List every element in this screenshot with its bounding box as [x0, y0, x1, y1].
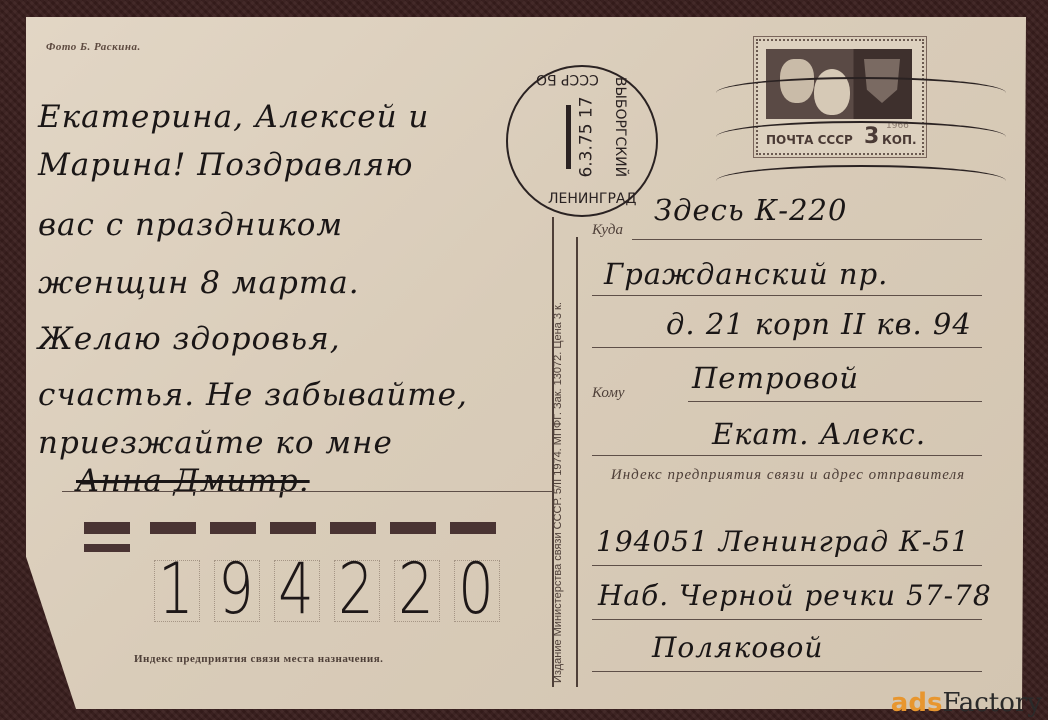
address-rule	[592, 295, 982, 296]
watermark-factory: Factory	[942, 688, 1042, 718]
address-rule	[592, 347, 982, 348]
postmark: СССР БО ВЫБОРГСКИЙ ЛЕНИНГРАД 6.3.75 17	[506, 65, 658, 217]
postcard: Фото Б. Раскина. Екатерина, Алексей и Ма…	[26, 17, 1026, 709]
message-line: Марина! Поздравляю	[38, 147, 413, 183]
to-line: д. 21 корп II кв. 94	[666, 307, 972, 341]
postmark-bottom-text: ЛЕНИНГРАД	[548, 191, 636, 207]
postmark-date: 6.3.75 17	[577, 96, 597, 177]
publisher-imprint: Издание Министерства связи СССР. 5/II 19…	[552, 302, 564, 683]
watermark-ads: ads	[891, 688, 943, 718]
sender-line: 194051 Ленинград К-51	[596, 525, 970, 558]
index-bar	[270, 522, 316, 534]
whom-line: Петровой	[692, 361, 859, 395]
postmark-top-text: СССР БО	[536, 71, 599, 87]
sender-line: Поляковой	[652, 631, 823, 664]
divider-right	[576, 237, 578, 687]
postal-digit: 9	[212, 548, 260, 630]
message-line: приезжайте ко мне	[38, 425, 393, 461]
postal-digit: 4	[272, 548, 320, 630]
message-line: Екатерина, Алексей и	[38, 99, 429, 135]
index-bar	[390, 522, 436, 534]
index-bar	[450, 522, 496, 534]
address-rule	[632, 239, 982, 240]
postal-digit: 1	[152, 548, 200, 630]
address-rule	[592, 671, 982, 672]
postmark-bar	[566, 105, 571, 169]
sender-line: Наб. Черной речки 57-78	[598, 579, 992, 612]
whom-label: Кому	[592, 385, 625, 402]
postmark-right-text: ВЫБОРГСКИЙ	[612, 77, 628, 177]
message-line: вас с праздником	[38, 207, 343, 243]
postal-digit: 0	[452, 548, 500, 630]
cancellation-wave	[716, 77, 1006, 109]
index-bar	[210, 522, 256, 534]
postal-digit: 2	[332, 548, 380, 630]
index-bar	[330, 522, 376, 534]
whom-line: Екат. Алекс.	[712, 417, 926, 451]
address-rule	[592, 565, 982, 566]
to-line: Здесь К-220	[654, 193, 847, 227]
to-line: Гражданский пр.	[604, 257, 888, 291]
photo-credit: Фото Б. Раскина.	[46, 41, 141, 53]
cancellation-wave	[716, 121, 1006, 153]
message-line: счастья. Не забывайте,	[38, 377, 468, 413]
address-rule	[592, 619, 982, 620]
postal-code-caption: Индекс предприятия связи места назначени…	[134, 653, 383, 665]
address-rule	[688, 401, 982, 402]
struck-signature: Анна Дмитр.	[76, 463, 310, 499]
sender-caption: Индекс предприятия связи и адрес отправи…	[592, 465, 984, 485]
message-line: женщин 8 марта.	[38, 265, 360, 301]
postal-code-frame-top	[62, 491, 552, 492]
address-rule	[592, 455, 982, 456]
message-line: Желаю здоровья,	[38, 321, 341, 357]
postal-digit: 2	[392, 548, 440, 630]
index-bar	[150, 522, 196, 534]
to-label: Куда	[592, 222, 623, 239]
adsfactory-watermark: adsFactory	[891, 688, 1042, 718]
index-bar	[84, 544, 130, 552]
index-bar	[84, 522, 130, 534]
